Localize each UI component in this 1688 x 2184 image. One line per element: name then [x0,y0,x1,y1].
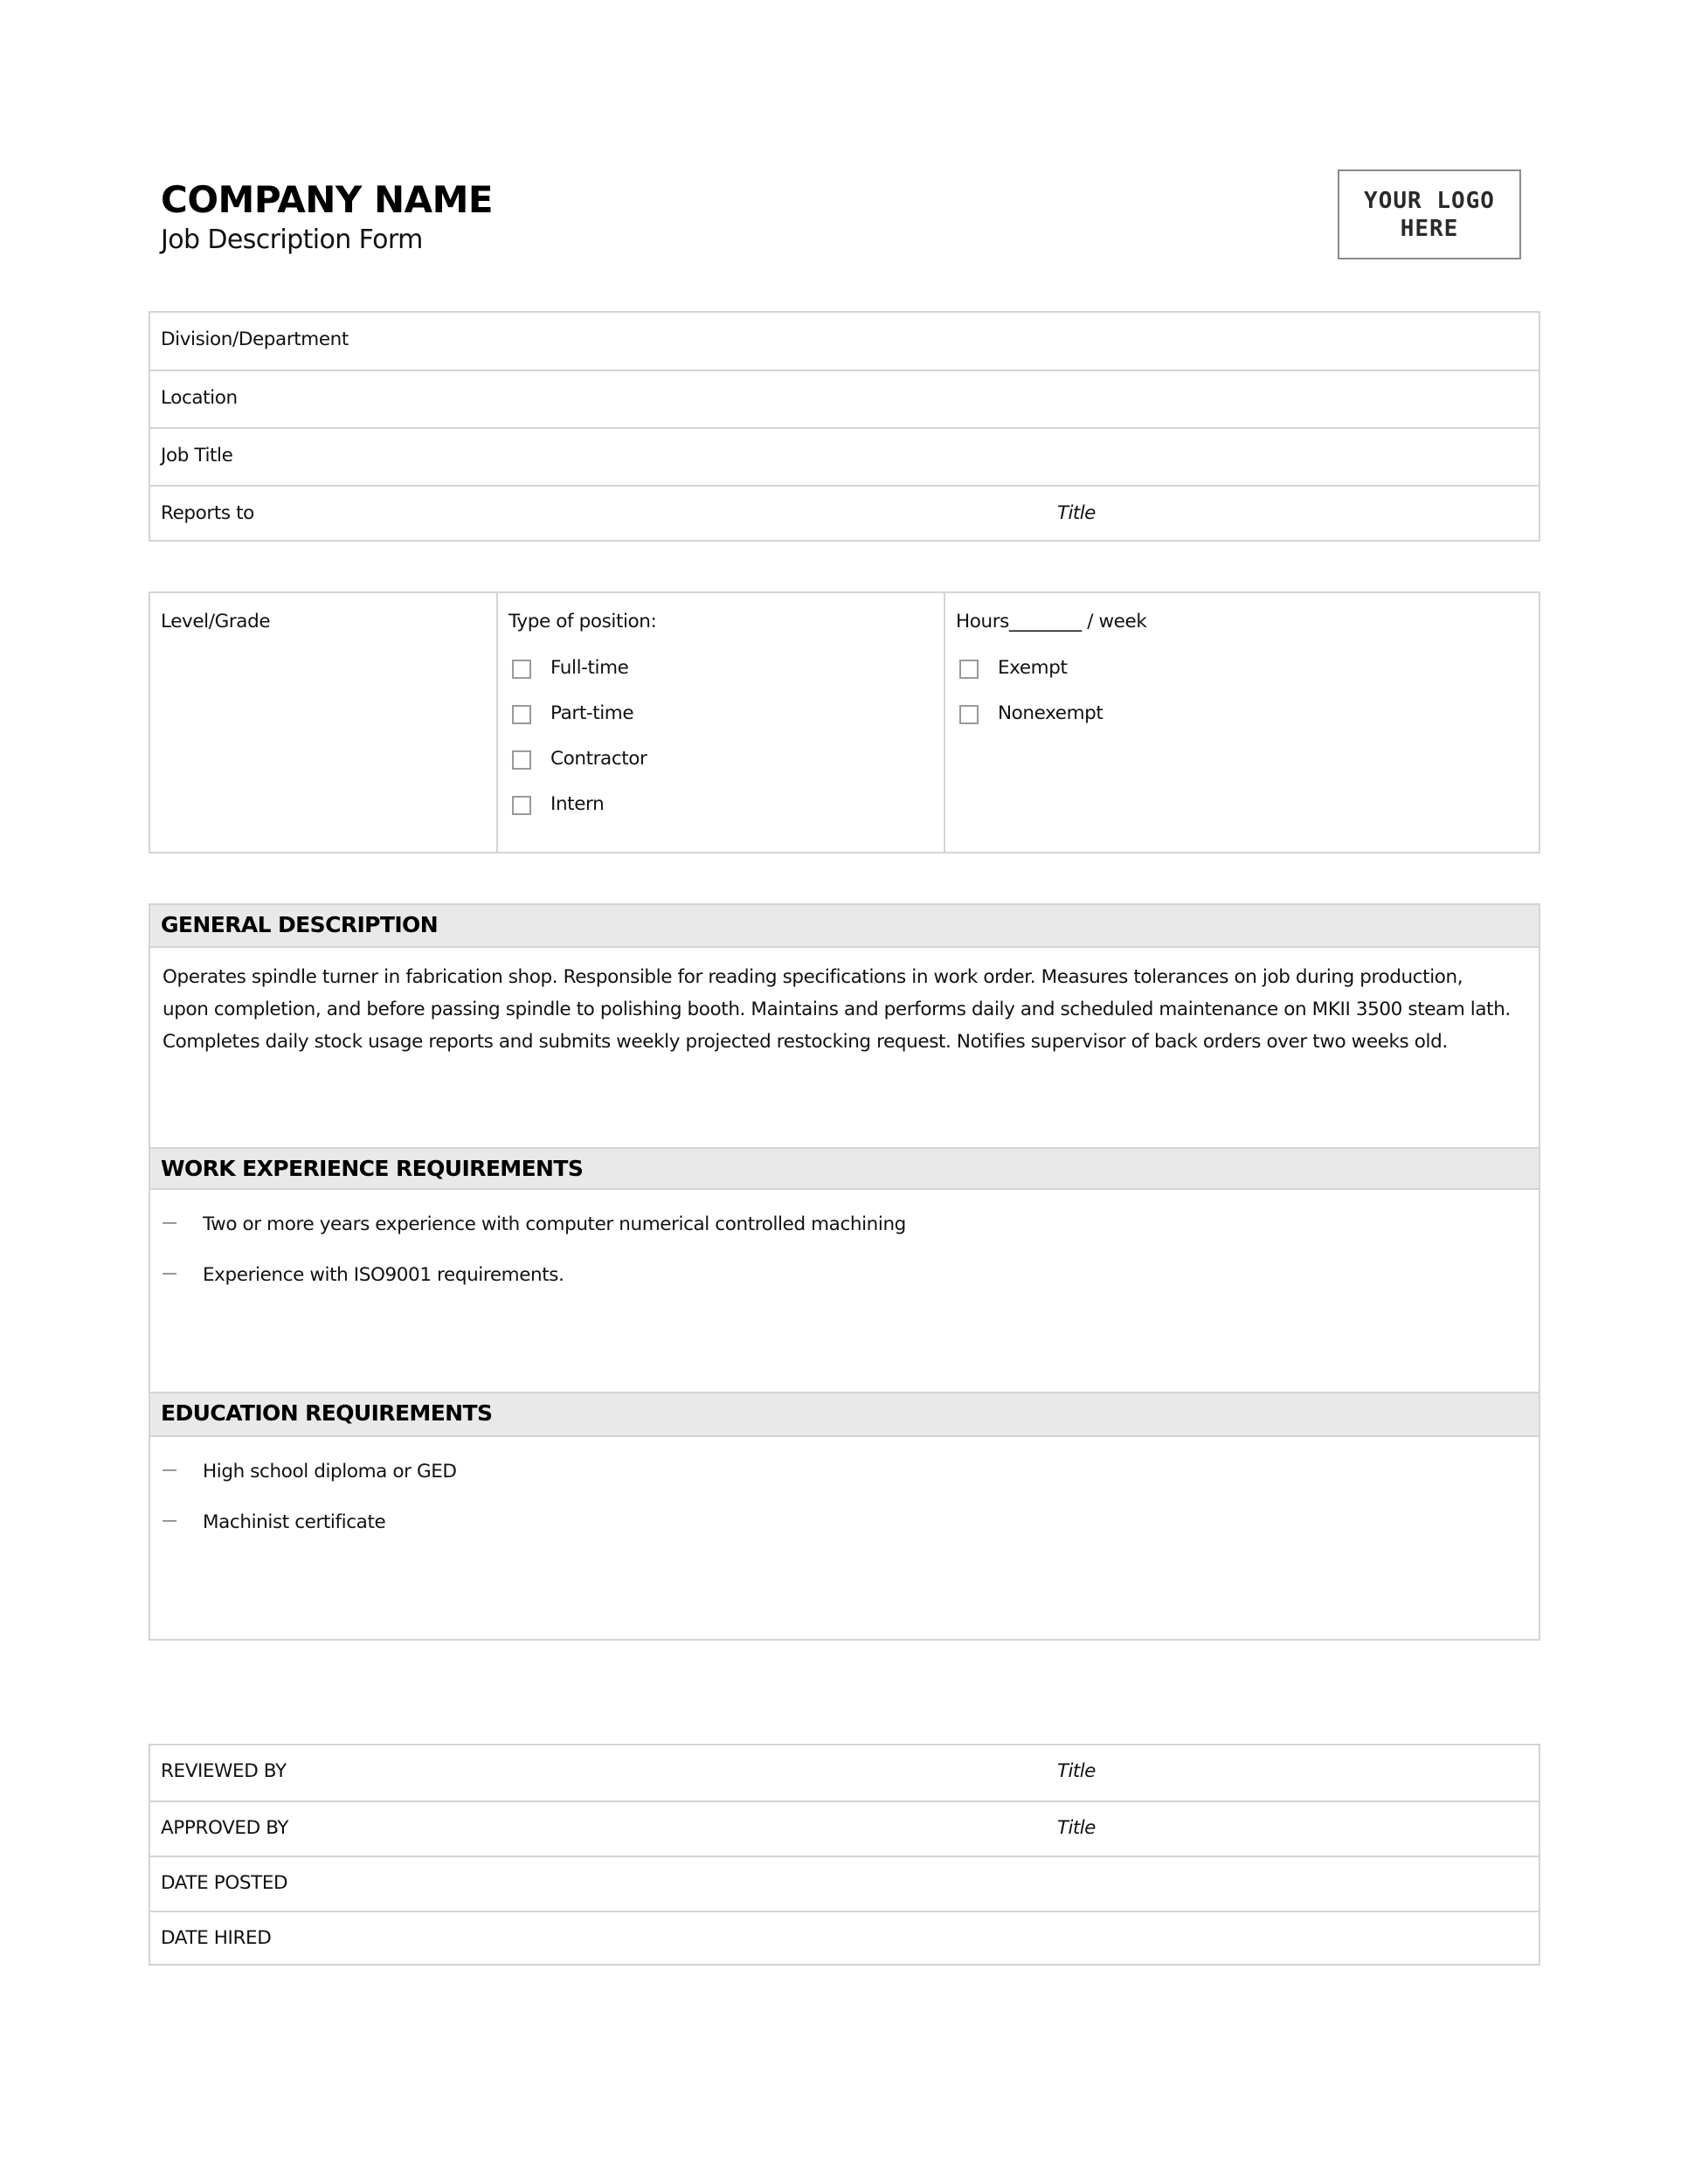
education-heading: EDUCATION REQUIREMENTS [161,1400,492,1426]
hours-per-week-label: Hours________ / week [956,611,1146,632]
reviewed-by-row[interactable]: REVIEWED BY Title [150,1745,1539,1800]
requirements-box: GENERAL DESCRIPTION Operates spindle tur… [149,903,1540,1641]
checkbox-icon[interactable] [959,705,979,724]
dash-bullet-icon [163,1222,176,1224]
general-description-header: GENERAL DESCRIPTION [150,905,1539,948]
education-item: High school diploma or GED [203,1461,457,1482]
general-description-text[interactable]: Operates spindle turner in fabrication s… [163,961,1512,1058]
position-table: Level/Grade Type of position: Full-time … [149,591,1540,854]
list-item[interactable]: Machinist certificate [163,1511,385,1533]
reviewed-title-label: Title [1057,1760,1096,1782]
work-experience-item: Two or more years experience with comput… [203,1213,906,1235]
contractor-label: Contractor [550,748,647,770]
list-item[interactable]: Experience with ISO9001 requirements. [163,1264,564,1286]
reports-to-title-label: Title [1057,502,1096,524]
logo-text-line1: YOUR LOGO [1364,187,1495,215]
date-posted-row[interactable]: DATE POSTED [150,1856,1539,1911]
location-row[interactable]: Location [150,370,1539,427]
education-header: EDUCATION REQUIREMENTS [150,1392,1539,1437]
reviewed-by-label: REVIEWED BY [161,1760,287,1782]
exempt-label: Exempt [998,657,1068,679]
general-description-heading: GENERAL DESCRIPTION [161,912,438,937]
full-time-label: Full-time [550,657,629,679]
date-hired-label: DATE HIRED [161,1927,271,1949]
intern-label: Intern [550,793,604,815]
division-row[interactable]: Division/Department [150,313,1539,370]
reports-to-row[interactable]: Reports to Title [150,485,1539,540]
company-name: COMPANY NAME [161,178,493,222]
job-title-row[interactable]: Job Title [150,427,1539,485]
logo-text-line2: HERE [1401,215,1459,243]
list-item[interactable]: Two or more years experience with comput… [163,1213,906,1235]
job-title-label: Job Title [161,445,232,467]
nonexempt-label: Nonexempt [998,702,1103,724]
reports-to-label: Reports to [161,502,254,524]
checkbox-icon[interactable] [512,750,531,770]
column-divider [496,593,498,852]
date-hired-row[interactable]: DATE HIRED [150,1911,1539,1964]
approved-by-label: APPROVED BY [161,1817,288,1839]
approved-title-label: Title [1057,1817,1096,1839]
form-title: Job Description Form [161,224,423,257]
checkbox-icon[interactable] [959,660,979,679]
job-info-table: Division/Department Location Job Title R… [149,311,1540,542]
work-experience-heading: WORK EXPERIENCE REQUIREMENTS [161,1156,583,1181]
dash-bullet-icon [163,1273,176,1275]
logo-placeholder: YOUR LOGO HERE [1338,169,1521,259]
approved-by-row[interactable]: APPROVED BY Title [150,1800,1539,1856]
level-grade-label: Level/Grade [161,611,270,632]
work-experience-item: Experience with ISO9001 requirements. [203,1264,564,1286]
dash-bullet-icon [163,1469,176,1471]
checkbox-icon[interactable] [512,796,531,815]
education-item: Machinist certificate [203,1511,385,1533]
column-divider [944,593,945,852]
work-experience-header: WORK EXPERIENCE REQUIREMENTS [150,1147,1539,1190]
date-posted-label: DATE POSTED [161,1872,287,1894]
approval-table: REVIEWED BY Title APPROVED BY Title DATE… [149,1744,1540,1966]
list-item[interactable]: High school diploma or GED [163,1461,457,1482]
position-type-label: Type of position: [508,611,656,632]
dash-bullet-icon [163,1520,176,1522]
checkbox-icon[interactable] [512,705,531,724]
division-label: Division/Department [161,328,349,350]
location-label: Location [161,387,238,409]
part-time-label: Part-time [550,702,633,724]
checkbox-icon[interactable] [512,660,531,679]
